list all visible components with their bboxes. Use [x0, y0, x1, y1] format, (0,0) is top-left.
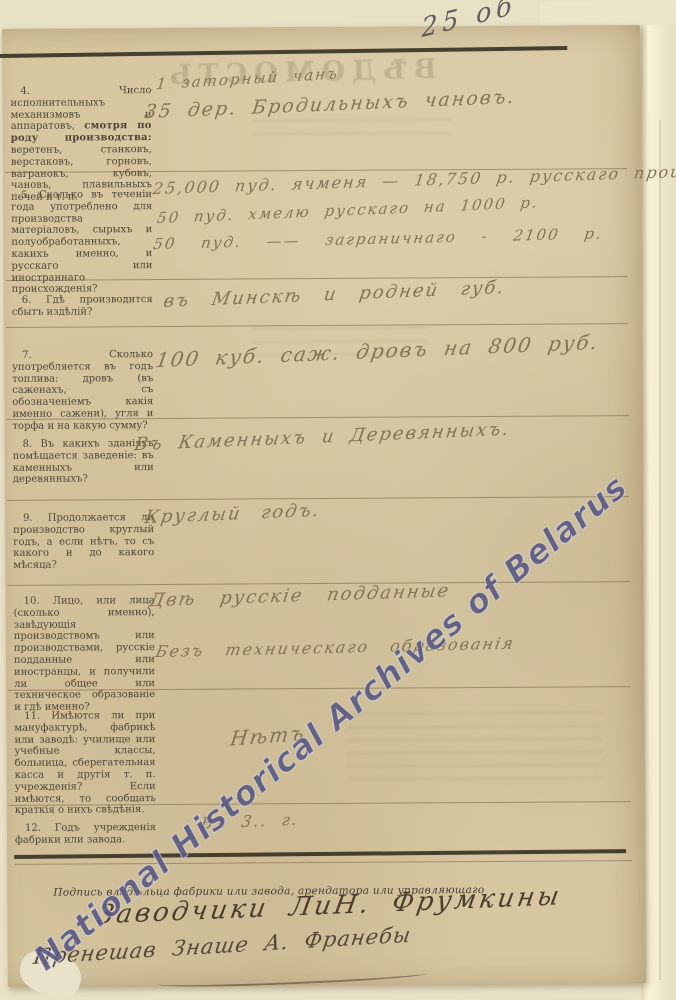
- question-12-text: 12. Годъ учрежденія фабрики или завода.: [15, 822, 156, 846]
- form-row-question-5: 5. Сколько въ теченіи года употреблено д…: [5, 168, 628, 281]
- question-9-text: 9. Продолжается ли производство круглый …: [13, 512, 154, 572]
- scanned-archive-page: { "page": { "folio_note": "25 об", "ghos…: [0, 0, 676, 1000]
- question-5-answer-line-3: 50 пуд. —— заграничнаго - 2100 р.: [152, 224, 604, 253]
- signature-flourish: [158, 968, 428, 990]
- form-row-question-6: 6. Гдѣ производится сбытъ издѣлій? въ Ми…: [6, 276, 628, 328]
- form-row-question-8: 8. Въ какихъ зданіяхъ помѣщается заведен…: [6, 415, 628, 501]
- form-row-question-10: 10. Лицо, или лица (сколько именно), зав…: [7, 581, 630, 691]
- question-5-answer-line-2: 50 пуд. хмелю русскаго на 1000 р.: [156, 193, 540, 227]
- question-10-answer-line-1: Двѣ русскіе подданные: [148, 580, 452, 611]
- form-row-question-12: 12. Годъ учрежденія фабрики или завода. …: [9, 801, 631, 854]
- bleedthrough-text: [346, 711, 601, 789]
- question-6-answer-line-1: въ Минскѣ и родней губ.: [162, 277, 507, 312]
- form-row-question-4: 4. Число исполнительныхъ механизмовъ и а…: [4, 56, 627, 173]
- question-4-answer-line-2: 35 дер. Бродильныхъ чановъ.: [143, 86, 517, 123]
- question-8-answer-line-1: Въ Каменныхъ и Деревянныхъ.: [133, 419, 512, 456]
- question-9-answer-line-1: Круглый годъ.: [143, 500, 322, 528]
- underlying-sheet-corner: [540, 0, 676, 28]
- question-11-text: 11. Имѣются ли при мануфактурѣ, фабрикѣ …: [14, 710, 156, 817]
- question-6-text: 6. Гдѣ производится сбытъ издѣлій?: [12, 294, 153, 318]
- bottom-thin-rule: [14, 860, 632, 865]
- bleedthrough-text: [253, 118, 453, 145]
- page-edge-crease: [659, 120, 661, 980]
- question-8-text: 8. Въ какихъ зданіяхъ помѣщается заведен…: [13, 438, 154, 486]
- document-page: ВѢДОМОСТЬ 4. Число исполнительныхъ механ…: [2, 25, 646, 987]
